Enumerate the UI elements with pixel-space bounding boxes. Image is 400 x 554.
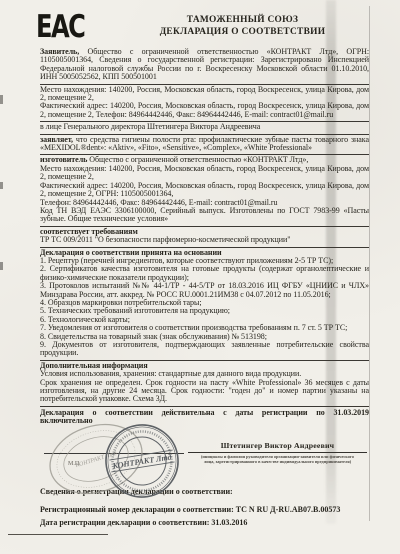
applicant-text: Общество с ограниченной ответственностью…: [40, 47, 369, 81]
document-title: ТАМОЖЕННЫЙ СОЮЗ ДЕКЛАРАЦИЯ О СООТВЕТСТВИ…: [88, 12, 369, 38]
product-code-line: Код ТН ВЭД ЕАЭС 3306100000, Серийный вып…: [40, 207, 369, 224]
document-body: Заявитель, Общество с ограниченной ответ…: [40, 47, 369, 528]
footer-rule: [8, 534, 108, 535]
basis-section: Декларация о соответствии принята на осн…: [40, 248, 369, 361]
registration-date-line: Дата регистрации декларации о соответств…: [40, 519, 369, 527]
declaration-document-page: ЕАС ТАМОЖЕННЫЙ СОЮЗ ДЕКЛАРАЦИЯ О СООТВЕТ…: [0, 0, 400, 554]
applicant-location: Место нахождения: 140200, Россия, Москов…: [40, 86, 369, 103]
applicant-address: Фактический адрес: 140200, Россия, Моско…: [40, 102, 369, 119]
signatory-caption-line2: лица, зарегистрированного в качестве инд…: [188, 459, 367, 464]
declares-paragraph: заявляет, что средства гигиены полости р…: [40, 136, 369, 153]
scan-edge-mark: [0, 182, 3, 189]
scan-edge-mark: [0, 262, 3, 270]
registration-number-label: Регистрационный номер декларации о соотв…: [40, 505, 234, 514]
paper-edge-line: [369, 6, 370, 521]
declares-text: что средства гигиены полости рта: профил…: [40, 135, 369, 152]
signatory-name: Штетингер Виктор Андреевич: [188, 442, 367, 450]
basis-item: 9. Документов от изготовителя, подтвержд…: [40, 341, 369, 358]
manufacturer-section: изготовитель Общество с ограниченной отв…: [40, 155, 369, 226]
product-section: заявляет, что средства гигиены полости р…: [40, 135, 369, 156]
manufacturer-address: Фактический адрес: 140200, Россия, Моско…: [40, 182, 369, 199]
signatory-rule: [188, 452, 367, 453]
applicant-paragraph: Заявитель, Общество с ограниченной ответ…: [40, 48, 369, 82]
manufacturer-location: Место нахождения: 140200, Россия, Москов…: [40, 165, 369, 182]
signatory-caption: (инициалы и фамилия руководителя организ…: [188, 454, 367, 464]
registration-date-label: Дата регистрации декларации о соответств…: [40, 518, 209, 527]
director-line: в лице Генерального директора Штетингера…: [40, 123, 369, 131]
validity-date: 31.03.2019: [333, 408, 369, 417]
compliance-section: соответствует требованиям ТР ТС 009/2011…: [40, 227, 369, 248]
additional-info-line2: Срок хранения не определен. Срок годност…: [40, 379, 369, 404]
director-section: в лице Генерального директора Штетингера…: [40, 122, 369, 134]
stamp-place-label: М.П.: [68, 460, 81, 468]
title-declaration: ДЕКЛАРАЦИЯ О СООТВЕТСТВИИ: [116, 27, 369, 39]
signature-zone: КОНТРАКТ Лтд КОНТРАКТ Лтд М.П. Штетингер…: [40, 427, 369, 484]
signatory-block: Штетингер Виктор Андреевич (инициалы и ф…: [188, 442, 367, 464]
registration-number: ТС N RU Д-RU.АВ07.В.00573: [236, 505, 341, 514]
basis-item: 3. Протоколов испытаний №№ 44-1/ТР - 44-…: [40, 282, 369, 299]
basis-item: 2. Сертификатов качества изготовителя на…: [40, 265, 369, 282]
applicant-address-section: Место нахождения: 140200, Россия, Москов…: [40, 85, 369, 123]
applicant-section: Заявитель, Общество с ограниченной ответ…: [40, 47, 369, 85]
scan-edge-mark: [0, 95, 3, 104]
compliance-text: ТР ТС 009/2011 "О безопасности парфюмерн…: [40, 236, 369, 244]
title-customs-union: ТАМОЖЕННЫЙ СОЮЗ: [116, 15, 369, 27]
additional-info-section: Дополнительная информация Условия исполь…: [40, 361, 369, 407]
document-header: ЕАС ТАМОЖЕННЫЙ СОЮЗ ДЕКЛАРАЦИЯ О СООТВЕТ…: [36, 12, 369, 42]
registration-date: 31.03.2016: [211, 518, 247, 527]
registration-number-line: Регистрационный номер декларации о соотв…: [40, 506, 369, 514]
eac-logo: ЕАС: [36, 12, 77, 42]
